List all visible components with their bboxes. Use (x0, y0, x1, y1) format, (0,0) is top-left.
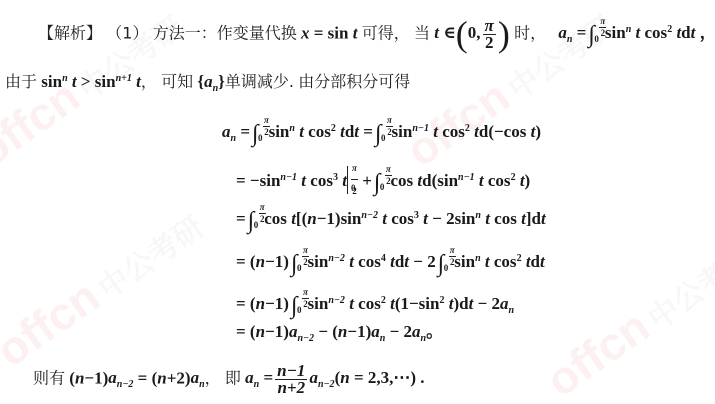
solution-heading: 【解析】 (38, 23, 102, 42)
intro-line: 【解析】 （1） 方法一：作变量代换 x = sin t 可得， 当 t ∈(0… (38, 18, 715, 51)
derivation-step-2: = −sinn−1 t cos3 tπ20 +∫π20cos td(sinn−1… (236, 166, 530, 194)
derivation-step-1: an =∫π20sinn t cos2 tdt =∫π20sinn−1 t co… (222, 122, 541, 144)
text: 可知 (161, 72, 193, 91)
inequality: sinn t > sinn+1 t (41, 72, 141, 91)
derivation-step-5: = (n−1)∫π20sinn−2 t cos2 t(1−sin2 t)dt −… (236, 294, 514, 316)
text: 可得， (362, 23, 410, 42)
text: 由分部积分可得 (298, 72, 410, 91)
text: 则有 (33, 368, 65, 387)
recurrence-equation: (n−1)an−2 = (n+2)an (69, 368, 204, 387)
sequence: {an} (197, 72, 224, 91)
monotone-line: 由于 sinn t > sinn+1 t， 可知 {an}单调减少. 由分部积分… (5, 72, 410, 92)
text: 单调减少. (225, 72, 294, 91)
conclusion-line: 则有 (n−1)an−2 = (n+2)an， 即 an =n−1n+2an−2… (33, 363, 425, 396)
watermark: offcn中公考研 (0, 197, 212, 378)
recurrence-formula: an =n−1n+2an−2(n = 2,3,⋯) . (245, 368, 424, 387)
interval: t ∈(0,π2) (434, 23, 510, 42)
substitution: x = sin t (301, 23, 357, 42)
derivation-step-4: = (n−1)∫π20sinn−2 t cos4 tdt − 2∫π20sinn… (236, 252, 545, 274)
watermark: offcn中公考研 (536, 227, 715, 404)
derivation-step-6: = (n−1)an−2 − (n−1)an − 2an。 (236, 322, 443, 342)
derivation-step-3: =∫π20cos t[(n−1)sinn−2 t cos3 t − 2sinn … (236, 209, 546, 231)
text: 即 (225, 368, 241, 387)
method-text: 方法一：作变量代换 (153, 23, 297, 42)
part-label: （1） (106, 23, 148, 42)
an-definition: an =∫π20sinn t cos2 tdt ， (558, 23, 715, 42)
text: 由于 (5, 72, 37, 91)
text: 时， (514, 23, 546, 42)
text: 当 (414, 23, 430, 42)
